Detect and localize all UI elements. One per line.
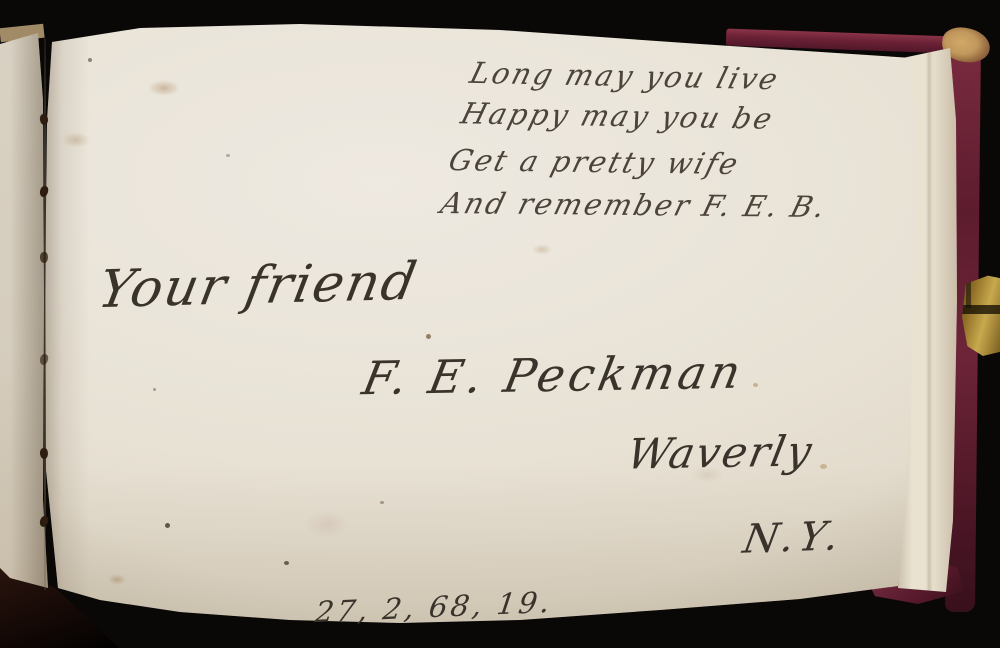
brass-clasp [962, 274, 1000, 356]
verse-line-2: Happy may you be [458, 99, 777, 133]
stitch-knot [39, 252, 48, 264]
binding-stitch-line [40, 38, 52, 590]
town-text: Waverly [624, 430, 817, 475]
stitch-knot [39, 353, 48, 365]
stitch-knot [39, 515, 49, 527]
salutation-text: Your friend [94, 256, 422, 316]
stitch-knot [39, 185, 49, 197]
photo-of-open-autograph-album: Long may you live Happy may you be Get a… [0, 0, 1000, 648]
verse-line-1: Long may you live [467, 59, 783, 94]
verse-line-3: Get a pretty wife [446, 146, 743, 179]
state-text: N.Y. [740, 516, 847, 559]
stitch-knot [39, 447, 49, 459]
verse-line-4: And remember F. E. B. [438, 189, 831, 222]
stitch-knot [39, 113, 49, 126]
signature-text: F. E. Peckman [359, 349, 749, 402]
date-notation-text: 27, 2, 68, 19. [313, 588, 554, 627]
